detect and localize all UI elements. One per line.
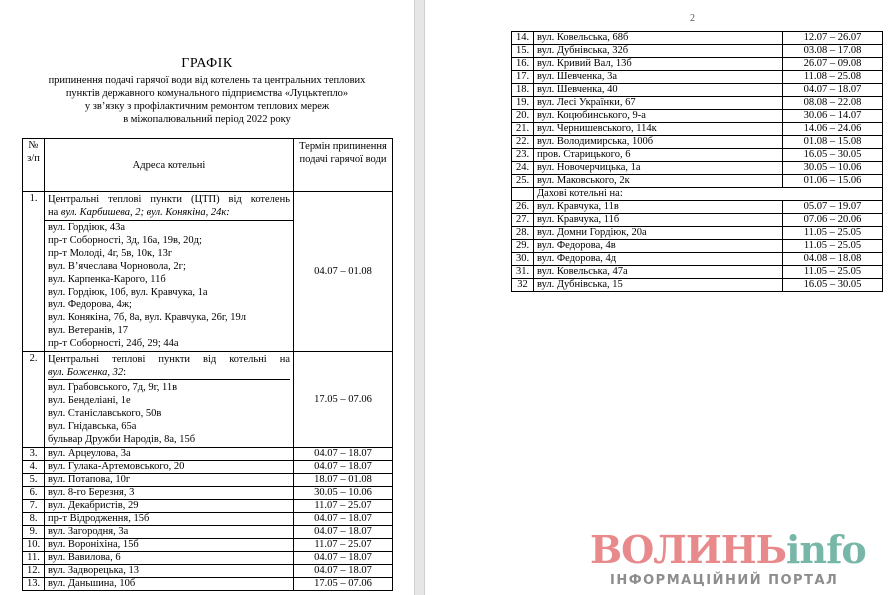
group-address-item: вул. Станіславського, 50в: [48, 408, 290, 421]
row-address: вул. Ковельська, 47а: [534, 266, 783, 279]
roof-boilers-heading: Дахові котельні на:: [534, 188, 883, 201]
row-period: 04.07 – 18.07: [294, 447, 393, 460]
row-num: 24.: [512, 162, 534, 175]
row-address: вул. Маковського, 2к: [534, 175, 783, 188]
group-address-item: вул. Гнідавська, 65а: [48, 421, 290, 434]
row-address: вул. Дубнівська, 32б: [534, 45, 783, 58]
row-num: 14.: [512, 32, 534, 45]
table-row: 19.вул. Лесі Українки, 6708.08 – 22.08: [512, 97, 883, 110]
row-address: вул. Даньшина, 10б: [45, 577, 294, 590]
group-address-list: вул. Гордіюк, 43апр-т Соборності, 3д, 16…: [45, 221, 293, 351]
row-period: 14.06 – 24.06: [783, 123, 883, 136]
table-row: 8.пр-т Відродження, 15б04.07 – 18.07: [23, 512, 393, 525]
table-row: 10.вул. Вороніхіна, 15б11.07 – 25.07: [23, 538, 393, 551]
row-address: пр-т Відродження, 15б: [45, 512, 294, 525]
table-row: 23.пров. Старицького, 616.05 – 30.05: [512, 149, 883, 162]
table-row: 12.вул. Задворецька, 1304.07 – 18.07: [23, 564, 393, 577]
table-row: 25.вул. Маковського, 2к01.06 – 15.06: [512, 175, 883, 188]
row-num: 22.: [512, 136, 534, 149]
table-row: 9.вул. Загородня, 3а04.07 – 18.07: [23, 525, 393, 538]
row-address: вул. Дубнівська, 15: [534, 279, 783, 292]
row-period: 04.07 – 18.07: [294, 551, 393, 564]
row-address: вул. Ковельська, 68б: [534, 32, 783, 45]
table-row: 24.вул. Новочерчицька, 1а30.05 – 10.06: [512, 162, 883, 175]
simple-rows-page-2a: 14.вул. Ковельська, 68б12.07 – 26.0715.в…: [512, 32, 883, 188]
row-num: 18.: [512, 84, 534, 97]
header-address: Адреса котельні: [45, 139, 294, 192]
row-period: 11.07 – 25.07: [294, 538, 393, 551]
row-num: 32: [512, 279, 534, 292]
group-address-item: вул. Конякіна, 7б, 8а, вул. Кравчука, 26…: [48, 312, 290, 325]
row-period: 26.07 – 09.08: [783, 58, 883, 71]
row-num: 23.: [512, 149, 534, 162]
watermark-logo: ВОЛИНЬinfo ІНФОРМАЦІЙНИЙ ПОРТАЛ: [590, 530, 890, 590]
row-num: 15.: [512, 45, 534, 58]
subtitle-line: припинення подачі гарячої води від котел…: [22, 74, 392, 87]
row-num: 7.: [23, 499, 45, 512]
row-period: 01.06 – 15.06: [783, 175, 883, 188]
row-period: 16.05 – 30.05: [783, 279, 883, 292]
logo-tagline: ІНФОРМАЦІЙНИЙ ПОРТАЛ: [610, 573, 838, 588]
row-address: вул. Новочерчицька, 1а: [534, 162, 783, 175]
group-address-item: вул. Гордіюк, 10б, вул. Кравчука, 1а: [48, 287, 290, 300]
table-row: 16.вул. Кривий Вал, 13б26.07 – 09.08: [512, 58, 883, 71]
row-num: 4.: [23, 460, 45, 473]
row-num: 26.: [512, 201, 534, 214]
row-period: 16.05 – 30.05: [783, 149, 883, 162]
group-heading: Центральні теплові пункти від котельні н…: [45, 352, 293, 381]
table-row: 29.вул. Федорова, 4в11.05 – 25.05: [512, 240, 883, 253]
group-address-item: вул. Карпенка-Карого, 11б: [48, 274, 290, 287]
row-period: 01.08 – 15.08: [783, 136, 883, 149]
row-num: 10.: [23, 538, 45, 551]
row-address: вул. Декабристів, 29: [45, 499, 294, 512]
table-row: 14.вул. Ковельська, 68б12.07 – 26.07: [512, 32, 883, 45]
document-subtitle: припинення подачі гарячої води від котел…: [22, 74, 392, 126]
table-row: 4.вул. Гулака-Артемовського, 2004.07 – 1…: [23, 460, 393, 473]
row-address: Центральні теплові пункти від котельні н…: [45, 352, 294, 448]
table-row: 32вул. Дубнівська, 1516.05 – 30.05: [512, 279, 883, 292]
table-row: 7.вул. Декабристів, 2911.07 – 25.07: [23, 499, 393, 512]
row-address: вул. Потапова, 10г: [45, 473, 294, 486]
row-period: 04.07 – 18.07: [294, 460, 393, 473]
row-num: 27.: [512, 214, 534, 227]
row-num: 3.: [23, 447, 45, 460]
row-period: 04.08 – 18.08: [783, 253, 883, 266]
row-num: 6.: [23, 486, 45, 499]
row-num: 25.: [512, 175, 534, 188]
row-period: 07.06 – 20.06: [783, 214, 883, 227]
row-period: 17.05 – 07.06: [294, 352, 393, 448]
group-address-item: пр-т Соборності, 3д, 16а, 19в, 20д;: [48, 235, 290, 248]
group-address-item: вул. Федорова, 4ж;: [48, 299, 290, 312]
row-num: 20.: [512, 110, 534, 123]
row-address: вул. Арцеулова, 3а: [45, 447, 294, 460]
row-num: 29.: [512, 240, 534, 253]
row-num: 8.: [23, 512, 45, 525]
row-num: 13.: [23, 577, 45, 590]
row-period: 03.08 – 17.08: [783, 45, 883, 58]
group-address-item: вул. В’ячеслава Чорновола, 2г;: [48, 261, 290, 274]
row-period: 30.06 – 14.07: [783, 110, 883, 123]
table-row: 27.вул. Кравчука, 11б07.06 – 20.06: [512, 214, 883, 227]
table-row: 6.вул. 8-го Березня, 330.05 – 10.06: [23, 486, 393, 499]
row-address: вул. Кравчука, 11б: [534, 214, 783, 227]
row-num: 2.: [23, 352, 45, 448]
row-address: вул. Коцюбинського, 9-а: [534, 110, 783, 123]
table-row-group-2: 2. Центральні теплові пункти від котельн…: [23, 352, 393, 448]
row-num: 1.: [23, 192, 45, 352]
group-address-item: пр-т Молоді, 4г, 5в, 10к, 13г: [48, 248, 290, 261]
simple-rows-page-1: 3.вул. Арцеулова, 3а04.07 – 18.074.вул. …: [23, 447, 393, 590]
row-period: 12.07 – 26.07: [783, 32, 883, 45]
row-period: 11.07 – 25.07: [294, 499, 393, 512]
row-address: вул. Задворецька, 13: [45, 564, 294, 577]
row-period: 30.05 – 10.06: [783, 162, 883, 175]
group-address-item: вул. Гордіюк, 43а: [48, 222, 290, 235]
table-row: 21.вул. Чернишевського, 114к14.06 – 24.0…: [512, 123, 883, 136]
document-header: ГРАФІК припинення подачі гарячої води ві…: [22, 55, 392, 126]
row-address: вул. Федорова, 4в: [534, 240, 783, 253]
page-number: 2: [690, 13, 695, 24]
table-row: 28.вул. Домни Гордіюк, 20а11.05 – 25.05: [512, 227, 883, 240]
row-num: 31.: [512, 266, 534, 279]
group-heading-tail: :: [123, 367, 126, 378]
row-address: вул. Загородня, 3а: [45, 525, 294, 538]
group-address-item: вул. Ветеранів, 17: [48, 325, 290, 338]
simple-rows-page-2b: 26.вул. Кравчука, 11в05.07 – 19.0727.вул…: [512, 201, 883, 292]
row-address: вул. Вавилова, 6: [45, 551, 294, 564]
row-num: 16.: [512, 58, 534, 71]
group-heading-boilers: вул. Боженка, 32: [48, 367, 123, 378]
row-num: 19.: [512, 97, 534, 110]
row-address: вул. Володимирська, 100б: [534, 136, 783, 149]
logo-wordmark: ВОЛИНЬinfo: [590, 530, 866, 570]
table-row: 30.вул. Федорова, 4д04.08 – 18.08: [512, 253, 883, 266]
row-address: вул. Гулака-Артемовського, 20: [45, 460, 294, 473]
logo-brand-teal: info: [786, 527, 866, 572]
page-separator: [414, 0, 425, 595]
row-num: 11.: [23, 551, 45, 564]
row-address: вул. Чернишевського, 114к: [534, 123, 783, 136]
subtitle-line: пунктів державного комунального підприєм…: [22, 87, 392, 100]
row-address: вул. 8-го Березня, 3: [45, 486, 294, 499]
group-address-item: пр-т Соборності, 24б, 29; 44а: [48, 338, 290, 351]
table-row: 11.вул. Вавилова, 604.07 – 18.07: [23, 551, 393, 564]
group-heading-boilers: вул. Карбишева, 2; вул. Конякіна, 24к:: [61, 207, 230, 218]
row-period: 04.07 – 18.07: [294, 525, 393, 538]
row-period: 04.07 – 18.07: [294, 512, 393, 525]
table-header-row: №з/п Адреса котельні Термін припинення п…: [23, 139, 393, 192]
group-address-list: вул. Грабовського, 7д, 9г, 11ввул. Бенде…: [45, 381, 293, 447]
subtitle-line: в міжопалювальний період 2022 року: [22, 113, 392, 126]
table-row: 17.вул. Шевченка, 3а11.08 – 25.08: [512, 71, 883, 84]
row-period: 05.07 – 19.07: [783, 201, 883, 214]
row-address: пров. Старицького, 6: [534, 149, 783, 162]
row-period: 11.05 – 25.05: [783, 240, 883, 253]
table-row: 18.вул. Шевченка, 4004.07 – 18.07: [512, 84, 883, 97]
row-period: 17.05 – 07.06: [294, 577, 393, 590]
table-row: 22.вул. Володимирська, 100б01.08 – 15.08: [512, 136, 883, 149]
row-period: 11.08 – 25.08: [783, 71, 883, 84]
row-address: вул. Кравчука, 11в: [534, 201, 783, 214]
row-period: 11.05 – 25.05: [783, 227, 883, 240]
header-num: №з/п: [23, 139, 45, 192]
logo-brand-red: ВОЛИНЬ: [590, 527, 786, 572]
table-row: 3.вул. Арцеулова, 3а04.07 – 18.07: [23, 447, 393, 460]
schedule-table-page-2: 14.вул. Ковельська, 68б12.07 – 26.0715.в…: [511, 31, 883, 292]
row-period: 30.05 – 10.06: [294, 486, 393, 499]
row-address: вул. Лесі Українки, 67: [534, 97, 783, 110]
group-address-item: вул. Бенделіані, 1е: [48, 395, 290, 408]
row-address: вул. Шевченка, 3а: [534, 71, 783, 84]
row-num: [512, 188, 534, 201]
row-period: 04.07 – 01.08: [294, 192, 393, 352]
row-num: 12.: [23, 564, 45, 577]
row-address: вул. Кривий Вал, 13б: [534, 58, 783, 71]
group-heading-text: Центральні теплові пункти від котельні н…: [48, 353, 290, 366]
row-period: 11.05 – 25.05: [783, 266, 883, 279]
table-row: 13.вул. Даньшина, 10б17.05 – 07.06: [23, 577, 393, 590]
row-address: вул. Домни Гордіюк, 20а: [534, 227, 783, 240]
schedule-table-page-1: №з/п Адреса котельні Термін припинення п…: [22, 138, 393, 591]
document-page-2: 2 14.вул. Ковельська, 68б12.07 – 26.0715…: [425, 0, 894, 595]
table-row: 20.вул. Коцюбинського, 9-а30.06 – 14.07: [512, 110, 883, 123]
row-address: Центральні теплові пункти (ЦТП) від коте…: [45, 192, 294, 352]
row-num: 30.: [512, 253, 534, 266]
table-row: 15.вул. Дубнівська, 32б03.08 – 17.08: [512, 45, 883, 58]
row-num: 9.: [23, 525, 45, 538]
table-row: 31.вул. Ковельська, 47а11.05 – 25.05: [512, 266, 883, 279]
row-period: 04.07 – 18.07: [783, 84, 883, 97]
group-address-item: бульвар Дружби Народів, 8а, 15б: [48, 434, 290, 447]
document-page-1: ГРАФІК припинення подачі гарячої води ві…: [0, 0, 414, 595]
document-title: ГРАФІК: [22, 55, 392, 72]
row-num: 5.: [23, 473, 45, 486]
row-num: 28.: [512, 227, 534, 240]
group-heading: Центральні теплові пункти (ЦТП) від коте…: [45, 192, 293, 221]
table-row-group-1: 1. Центральні теплові пункти (ЦТП) від к…: [23, 192, 393, 352]
row-period: 08.08 – 22.08: [783, 97, 883, 110]
header-period: Термін припинення подачі гарячої води: [294, 139, 393, 192]
row-address: вул. Шевченка, 40: [534, 84, 783, 97]
table-row: 26.вул. Кравчука, 11в05.07 – 19.07: [512, 201, 883, 214]
row-num: 17.: [512, 71, 534, 84]
subtitle-line: у зв’язку з профілактичним ремонтом тепл…: [22, 100, 392, 113]
row-address: вул. Федорова, 4д: [534, 253, 783, 266]
row-address: вул. Вороніхіна, 15б: [45, 538, 294, 551]
table-row-section-heading: Дахові котельні на:: [512, 188, 883, 201]
group-address-item: вул. Грабовського, 7д, 9г, 11в: [48, 382, 290, 395]
row-period: 04.07 – 18.07: [294, 564, 393, 577]
row-num: 21.: [512, 123, 534, 136]
row-period: 18.07 – 01.08: [294, 473, 393, 486]
table-row: 5.вул. Потапова, 10г18.07 – 01.08: [23, 473, 393, 486]
